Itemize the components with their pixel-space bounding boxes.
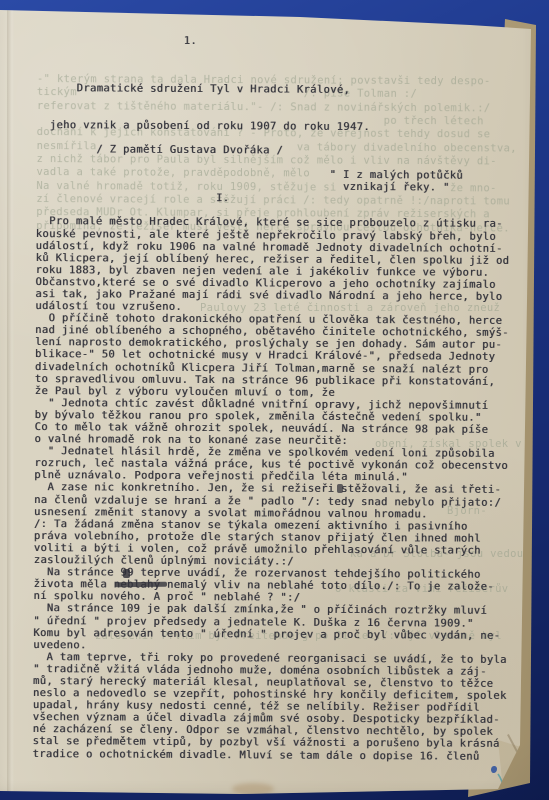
paper-crease (7, 10, 14, 792)
overtyped-digit-mark (123, 569, 130, 578)
overtyped-char-mark (337, 484, 343, 493)
paper-stain (232, 783, 274, 795)
document-page: -" kterým strana ta dala Hradci nové sdr… (0, 0, 549, 800)
typewritten-text: 1. Dramatické sdružení Tyl v Hradci Král… (33, 34, 511, 763)
photo-background: -" kterým strana ta dala Hradci nové sdr… (0, 0, 549, 800)
strikethrough-mark (115, 582, 167, 587)
